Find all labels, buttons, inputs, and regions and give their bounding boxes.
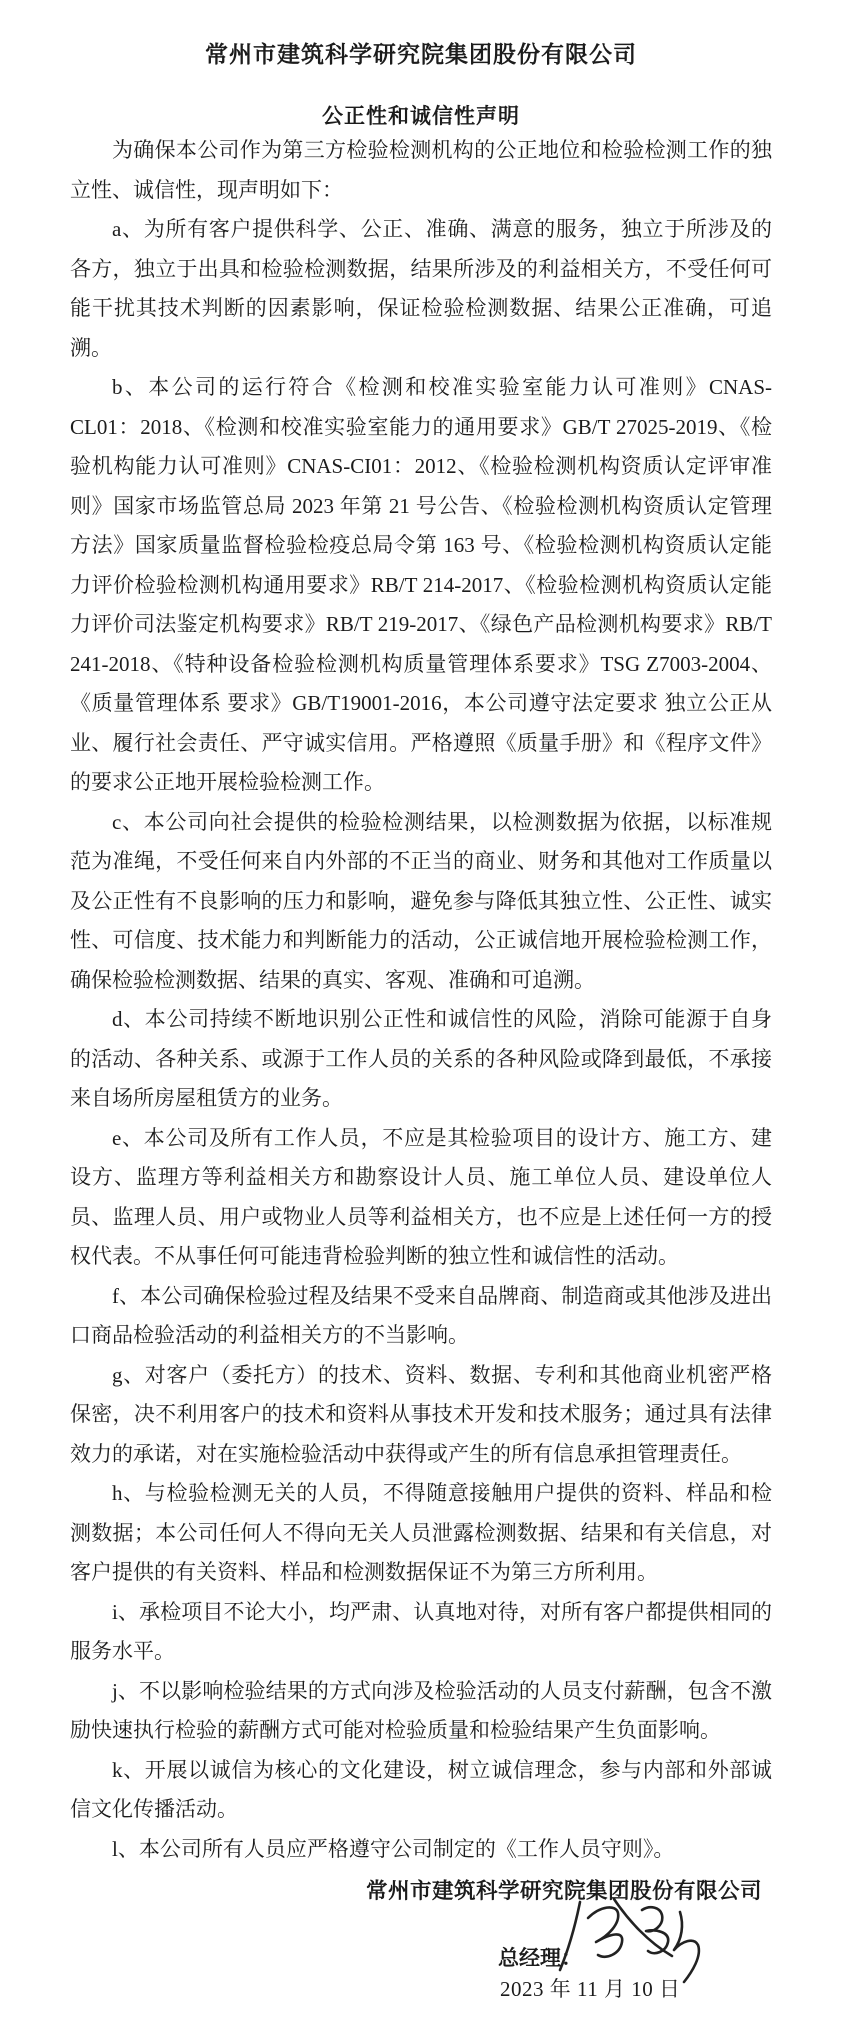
- paragraph-a: a、为所有客户提供科学、公正、准确、满意的服务，独立于所涉及的各方，独立于出具和…: [70, 210, 772, 368]
- paragraph-k: k、开展以诚信为核心的文化建设，树立诚信理念，参与内部和外部诚信文化传播活动。: [70, 1751, 772, 1830]
- paragraph-i: i、承检项目不论大小，均严肃、认真地对待，对所有客户都提供相同的服务水平。: [70, 1593, 772, 1672]
- document-subtitle: 公正性和诚信性声明: [0, 100, 842, 130]
- paragraph-c: c、本公司向社会提供的检验检测结果，以检测数据为依据，以标准规范为准绳，不受任何…: [70, 803, 772, 1001]
- paragraph-f: f、本公司确保检验过程及结果不受来自品牌商、制造商或其他涉及进出口商品检验活动的…: [70, 1277, 772, 1356]
- signature-date: 2023 年 11 月 10 日: [500, 1973, 680, 2003]
- paragraph-h: h、与检验检测无关的人员，不得随意接触用户提供的资料、样品和检测数据；本公司任何…: [70, 1474, 772, 1593]
- document-page: 常州市建筑科学研究院集团股份有限公司 公正性和诚信性声明 为确保本公司作为第三方…: [0, 0, 842, 2018]
- document-body: 为确保本公司作为第三方检验检测机构的公正地位和检验检测工作的独立性、诚信性，现声…: [70, 131, 772, 1869]
- paragraph-e: e、本公司及所有工作人员，不应是其检验项目的设计方、施工方、建设方、监理方等利益…: [70, 1119, 772, 1277]
- paragraph-b: b、本公司的运行符合《检测和校准实验室能力认可准则》CNAS-CL01：2018…: [70, 368, 772, 803]
- document-title: 常州市建筑科学研究院集团股份有限公司: [0, 36, 842, 69]
- paragraph-d: d、本公司持续不断地识别公正性和诚信性的风险，消除可能源于自身的活动、各种关系、…: [70, 1000, 772, 1119]
- paragraph-l: l、本公司所有人员应严格遵守公司制定的《工作人员守则》。: [70, 1830, 772, 1870]
- paragraph-j: j、不以影响检验结果的方式向涉及检验活动的人员支付薪酬，包含不激励快速执行检验的…: [70, 1672, 772, 1751]
- paragraph-g: g、对客户（委托方）的技术、资料、数据、专利和其他商业机密严格保密，决不利用客户…: [70, 1356, 772, 1475]
- paragraph-intro: 为确保本公司作为第三方检验检测机构的公正地位和检验检测工作的独立性、诚信性，现声…: [70, 131, 772, 210]
